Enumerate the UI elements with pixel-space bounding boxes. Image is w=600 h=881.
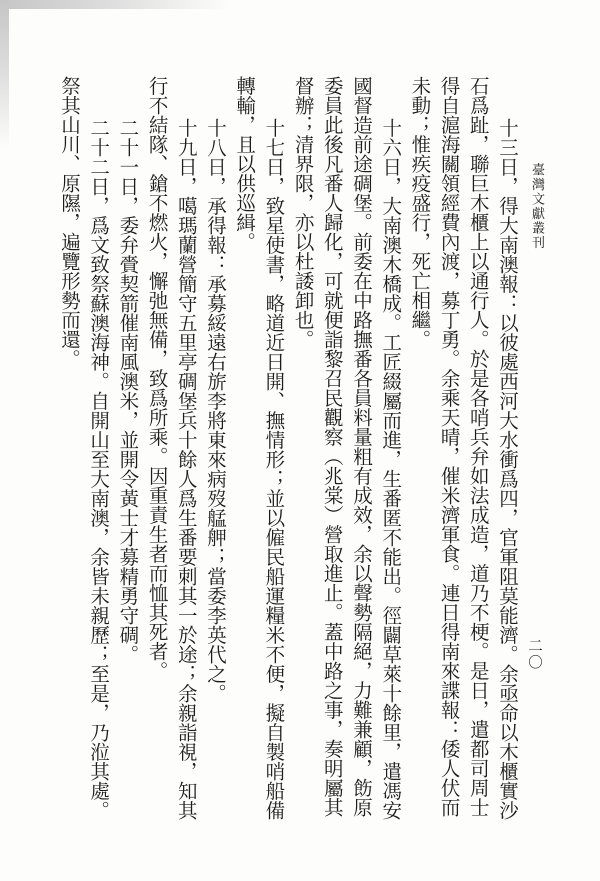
text-column: 轉輸，且以供巡緝。 — [229, 76, 258, 821]
text-column: 二十二日，爲文致祭蘇澳海神。自開山至大南澳，余皆未親歷；至是，乃涖其處。 — [83, 76, 112, 821]
text-column: 督辦；清界限，亦以杜諉卸也。 — [287, 76, 316, 821]
page-number: 二〇 — [524, 638, 545, 671]
text-column: 十九日，噶瑪蘭營簡守五里亭碉堡兵十餘人爲生番要刺其一於途；余親詣視，知其 — [171, 76, 200, 821]
scanned-book-page: 臺灣文獻叢刊 二〇 十三日，得大南澳報：以彼處西河大水衝爲四，官軍阻莫能濟。余亟… — [0, 0, 600, 881]
text-column: 祭其山川、原隰，遍覽形勢而還。 — [54, 76, 83, 821]
text-column: 石爲趾，聯巨木櫃上以通行人。於是各哨兵弁如法成造，道乃不梗。是日，遣都司周士 — [463, 76, 492, 821]
text-column: 委員此後凡番人歸化，可就便詣黎召民觀察（兆棠）營取進止。蓋中路之事，奏明屬其 — [317, 76, 346, 821]
text-column: 未動；惟疾疫盛行，死亡相繼。 — [404, 76, 433, 821]
scan-edge-left — [0, 0, 9, 150]
text-block: 十三日，得大南澳報：以彼處西河大水衝爲四，官軍阻莫能濟。余亟命以木櫃實沙 石爲趾… — [53, 76, 521, 821]
scan-edge-top — [0, 0, 230, 9]
text-column: 得自滬海關領經費內渡，募丁勇。余乘天晴，催米濟軍食。連日得南來諜報：倭人伏而 — [433, 76, 462, 821]
text-column: 十三日，得大南澳報：以彼處西河大水衝爲四，官軍阻莫能濟。余亟命以木櫃實沙 — [492, 76, 521, 821]
text-column: 十六日，大南澳木橋成。工匠綴屬而進，生番匿不能出。徑闢草萊十餘里，遣馮安 — [375, 76, 404, 821]
text-column: 二十一日，委弁賫契箭催南風澳米，並開令黃士才募精勇守碉。 — [112, 76, 141, 821]
text-column: 行不結隊、鎗不燃火，懈弛無備，致爲所乘。因重責生者而恤其死者。 — [141, 76, 170, 821]
text-column: 十八日，承得報：承募綏遠右旂李將東來病歿艋舺；當委李英代之。 — [200, 76, 229, 821]
text-column: 國督造前途碉堡。前委在中路撫番各員料量粗有成效，余以聲勢隔絕，力難兼顧，飭原 — [346, 76, 375, 821]
series-title: 臺灣文獻叢刊 — [528, 163, 547, 250]
text-column: 十七日，致星使書，略道近日開、撫情形；並以僱民船運糧米不便，擬自製哨船備 — [258, 76, 287, 821]
